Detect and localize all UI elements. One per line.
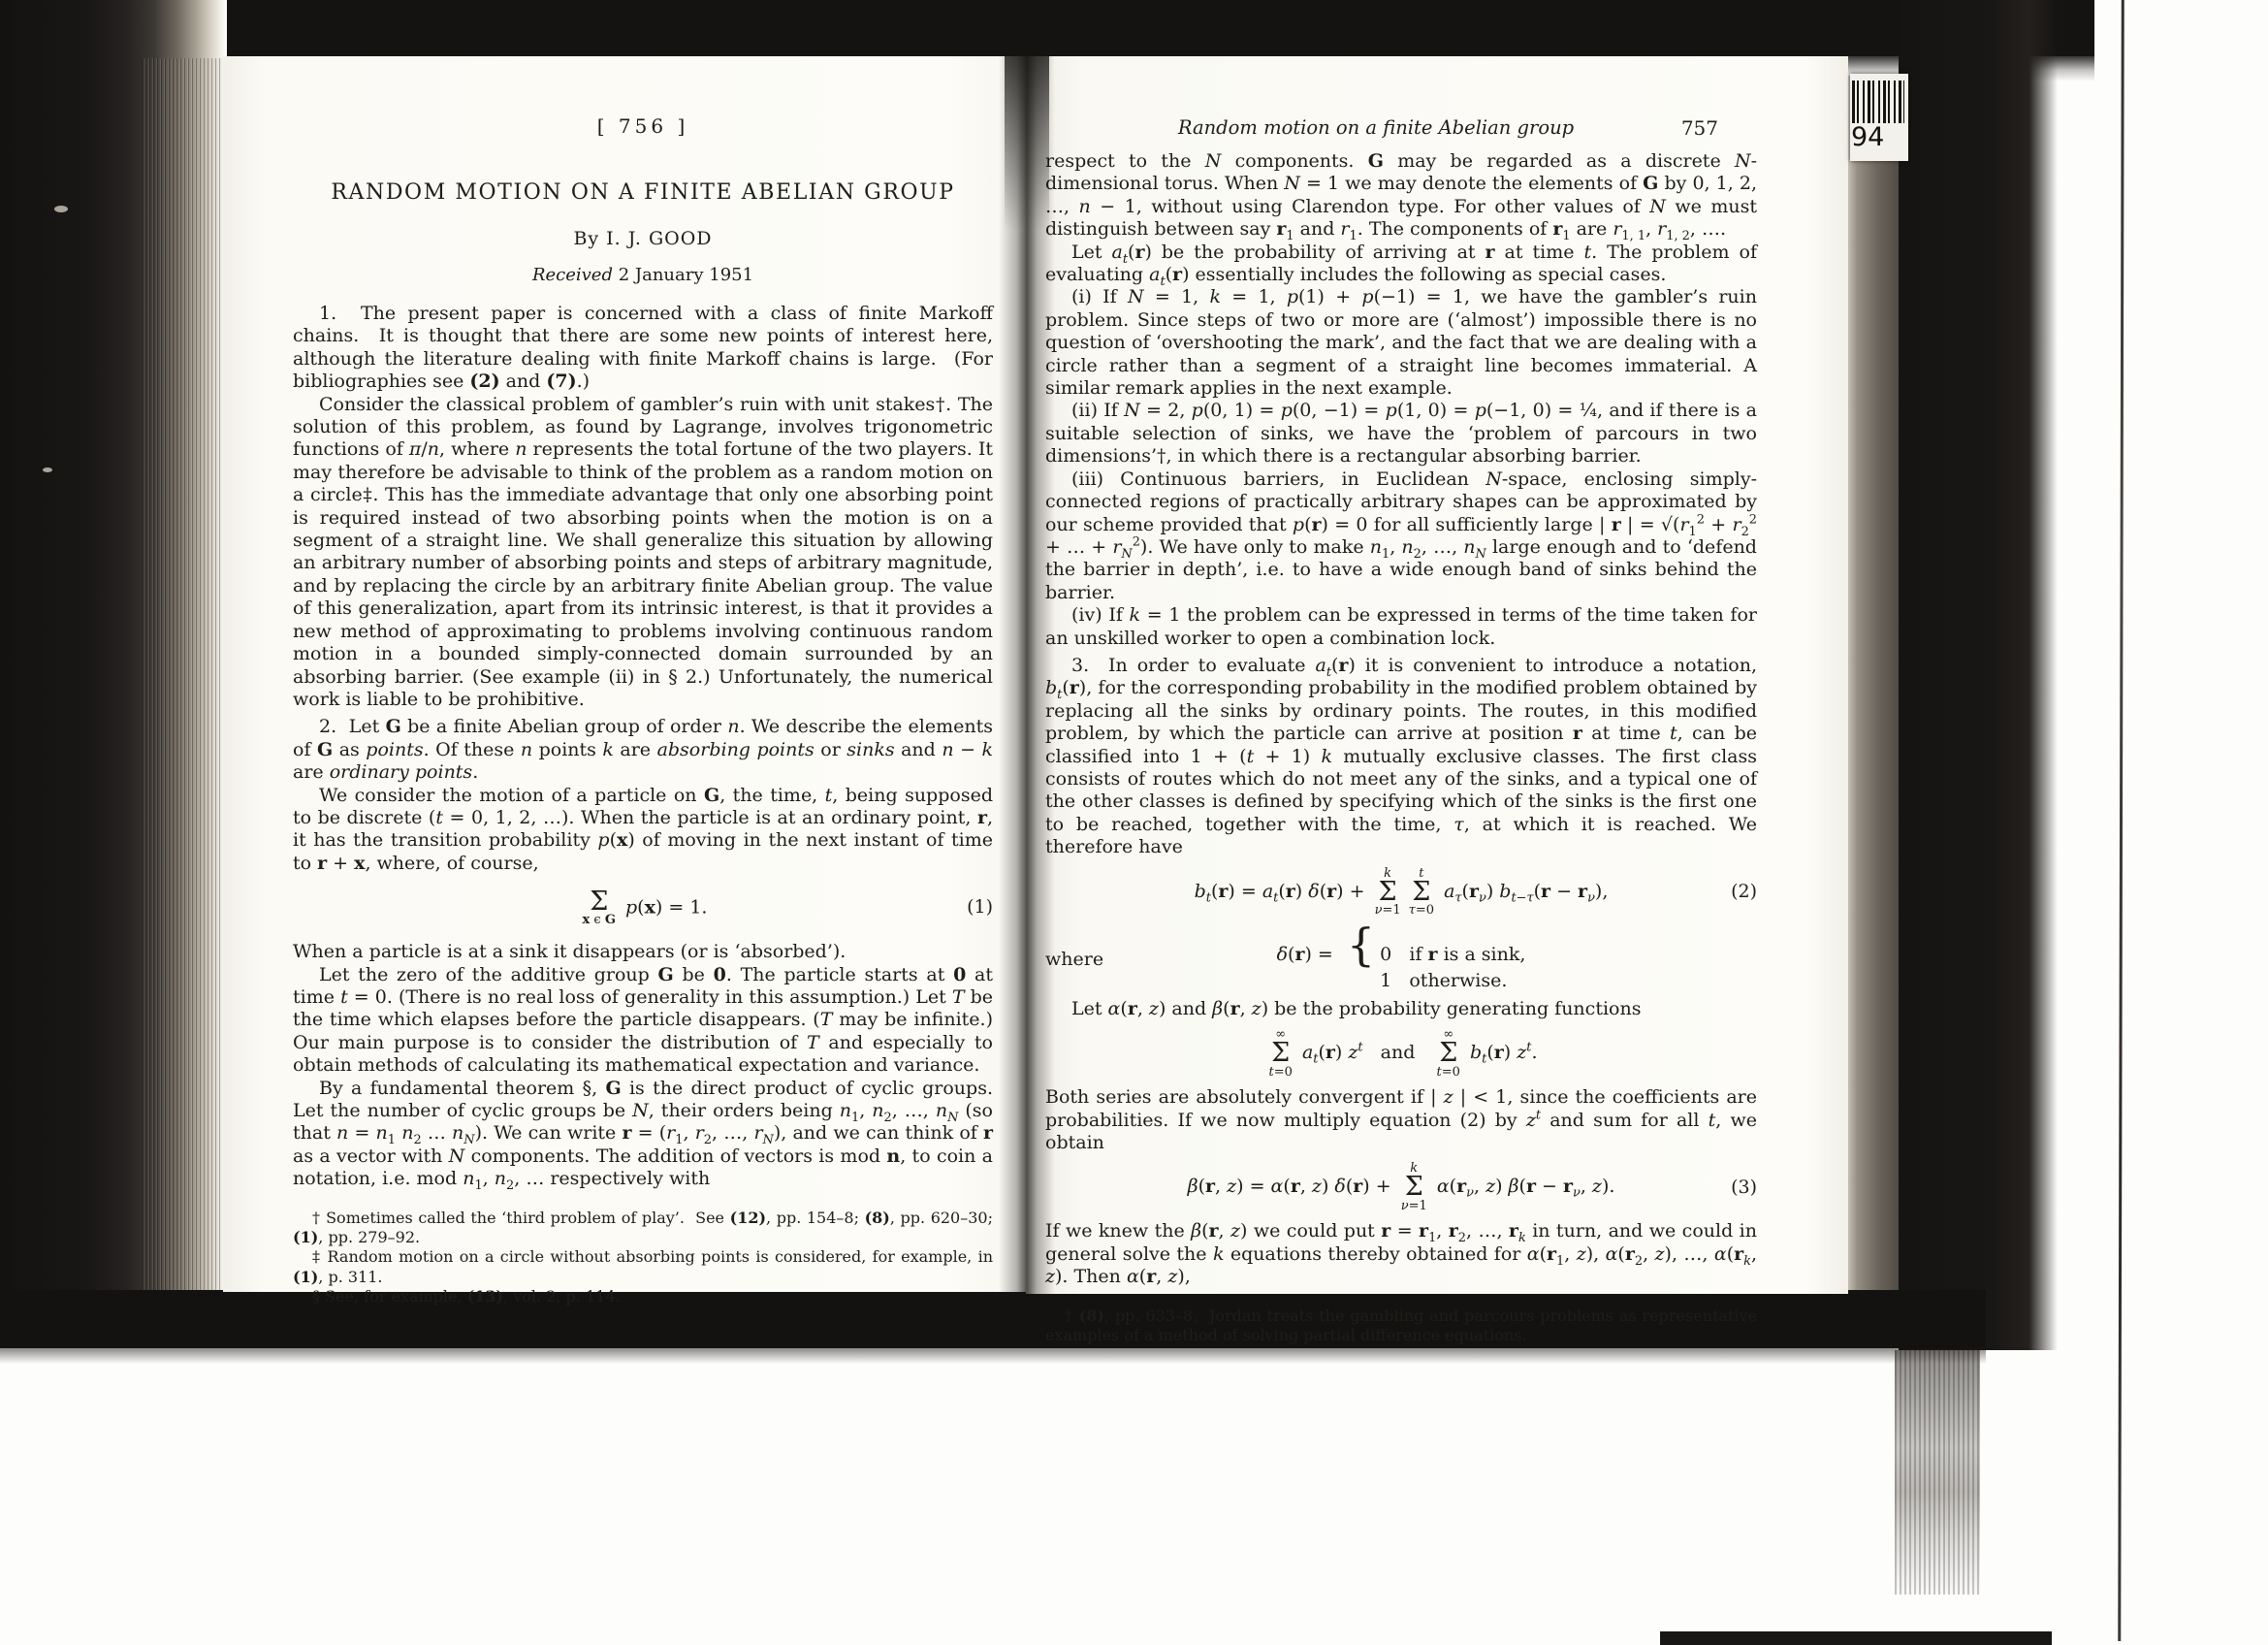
- equation-1-number: (1): [967, 896, 993, 919]
- left-page-number: [ 756 ]: [293, 114, 993, 138]
- left-page-content: [ 756 ] RANDOM MOTION ON A FINITE ABELIA…: [293, 56, 993, 1307]
- paragraph-sink: When a particle is at a sink it disappea…: [293, 941, 993, 963]
- delta-definition-row: where δ(r) = {0 if r is a sink,1 otherwi…: [1045, 925, 1757, 995]
- scan-edge-line: [2118, 0, 2124, 1641]
- equation-2-number: (2): [1731, 881, 1757, 903]
- scan-top-dark-band: [0, 0, 2094, 56]
- paragraph-genfun-intro: Let α(r, z) and β(r, z) be the probabili…: [1045, 998, 1757, 1020]
- left-page-body: 1. The present paper is concerned with a…: [293, 303, 993, 1191]
- paragraph-section-2: 2. Let G be a finite Abelian group of or…: [293, 716, 993, 784]
- paragraph-gamblers-ruin: Consider the classical problem of gamble…: [293, 394, 993, 712]
- footnote-double-dagger: ‡ Random motion on a circle without abso…: [293, 1247, 993, 1287]
- equation-2: bt(r) = at(r) δ(r) + kΣν=1tΣτ=0 aτ(rν) b…: [1045, 866, 1757, 919]
- generating-functions-body: ∞Σt=0 at(r) zt and ∞Σt=0 bt(r) zt.: [1265, 1028, 1538, 1079]
- paragraph-intro: 1. The present paper is concerned with a…: [293, 303, 993, 394]
- generating-functions-display: ∞Σt=0 at(r) zt and ∞Σt=0 bt(r) zt.: [1045, 1027, 1757, 1080]
- paragraph-case-iv: (iv) If k = 1 the problem can be express…: [1045, 604, 1757, 650]
- paper-title: RANDOM MOTION ON A FINITE ABELIAN GROUP: [293, 180, 993, 205]
- paragraph-case-i: (i) If N = 1, k = 1, p(1) + p(−1) = 1, w…: [1045, 286, 1757, 400]
- book-page-edge-striations: [142, 58, 225, 1300]
- paragraph-solve: If we knew the β(r, z) we could put r = …: [1045, 1220, 1757, 1288]
- book-right-edge: [1844, 76, 1902, 1342]
- book-gutter-top-shadow: [1005, 56, 1049, 231]
- equation-1-body: Σx ϵ G p(x) = 1.: [579, 889, 708, 927]
- paragraph-fundamental-theorem: By a fundamental theorem §, G is the dir…: [293, 1078, 993, 1191]
- book-gutter-shadow: [999, 56, 1055, 1294]
- equation-2-body: bt(r) = at(r) δ(r) + kΣν=1tΣτ=0 aτ(rν) b…: [1195, 867, 1609, 918]
- footnote-jordan: † (8), pp. 633–8. Jordan treats the gamb…: [1045, 1306, 1757, 1346]
- equation-3-number: (3): [1731, 1177, 1757, 1199]
- paragraph-probability-arriving: Let at(r) be the probability of arriving…: [1045, 242, 1757, 287]
- barcode-number: 94: [1851, 123, 1908, 152]
- running-head-row: Random motion on a finite Abelian group …: [1045, 116, 1757, 142]
- paragraph-case-ii: (ii) If N = 2, p(0, 1) = p(0, −1) = p(1,…: [1045, 400, 1757, 468]
- right-page-number: 757: [1681, 116, 1718, 140]
- scanned-paper-page: { "library_label": { "number": "94" }, "…: [0, 0, 2268, 1645]
- scan-bottom-smudge-texture: [1895, 1350, 1980, 1595]
- running-head-title: Random motion on a finite Abelian group: [1045, 116, 1757, 139]
- paragraph-section-3: 3. In order to evaluate at(r) it is conv…: [1045, 655, 1757, 859]
- right-page-body: respect to the N components. G may be re…: [1045, 150, 1757, 1289]
- barcode-sticker: 94: [1850, 74, 1908, 161]
- scan-bottom-right-strip: [1660, 1631, 2052, 1645]
- paragraph-particle-motion: We consider the motion of a particle on …: [293, 785, 993, 876]
- delta-definition: δ(r) = {0 if r is a sink,1 otherwise.: [1277, 925, 1526, 995]
- equation-1: Σx ϵ G p(x) = 1. (1): [293, 882, 993, 934]
- paragraph-respect: respect to the N components. G may be re…: [1045, 150, 1757, 242]
- received-date: Received 2 January 1951: [293, 265, 993, 285]
- left-page: [ 756 ] RANDOM MOTION ON A FINITE ABELIA…: [223, 56, 1028, 1292]
- scan-speck: [54, 206, 68, 212]
- footnote-dagger: † Sometimes called the ‘third problem of…: [293, 1209, 993, 1248]
- scan-speck: [43, 468, 52, 472]
- right-page-content: Random motion on a finite Abelian group …: [1045, 56, 1757, 1345]
- equation-3: β(r, z) = α(r, z) δ(r) + kΣν=1 α(rν, z) …: [1045, 1161, 1757, 1213]
- paragraph-series-convergent: Both series are absolutely convergent if…: [1045, 1086, 1757, 1154]
- scan-right-dark-column: [1899, 0, 2058, 1350]
- footnote-section: § See, for example, (13), vol. 2, p. 114…: [293, 1287, 993, 1306]
- barcode-icon: [1852, 81, 1904, 123]
- right-footnotes: † (8), pp. 633–8. Jordan treats the gamb…: [1045, 1306, 1757, 1346]
- right-page: Random motion on a finite Abelian group …: [1026, 56, 1848, 1294]
- equation-3-body: β(r, z) = α(r, z) δ(r) + kΣν=1 α(rν, z) …: [1188, 1162, 1615, 1212]
- left-footnotes: † Sometimes called the ‘third problem of…: [293, 1209, 993, 1307]
- paragraph-zero: Let the zero of the additive group G be …: [293, 964, 993, 1078]
- paragraph-case-iii: (iii) Continuous barriers, in Euclidean …: [1045, 468, 1757, 604]
- author-byline: By I. J. GOOD: [293, 228, 993, 249]
- scan-bottom-fuzz: [0, 1346, 1986, 1364]
